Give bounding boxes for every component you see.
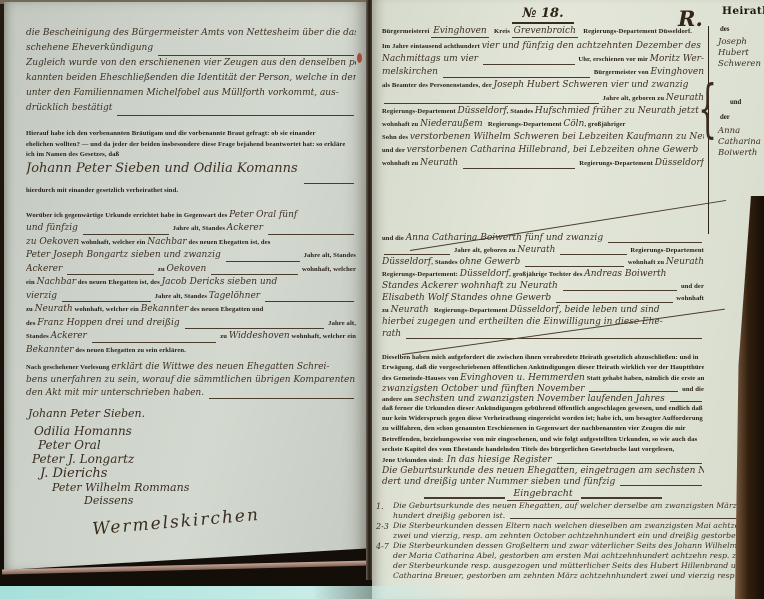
text-line: zu Neurath wohnhaft, welcher ein Bekannt… — [26, 304, 356, 318]
text-line: Bürgermeisterei Evinghoven Kreis Grevenb… — [382, 26, 704, 41]
handwritten-text: Bekannter — [26, 345, 74, 356]
handwritten-text: Neurath — [420, 158, 461, 169]
printed-text: zu — [382, 306, 391, 316]
printed-text: und die — [680, 385, 704, 394]
handwritten-text: Neurath — [666, 257, 704, 268]
eingebracht-label: Eingebracht — [507, 488, 578, 501]
printed-text: Regierungs-Departement — [429, 306, 510, 316]
printed-text: des Gemeinde-Hauses von — [382, 374, 460, 383]
printed-text: andere am — [382, 395, 415, 404]
handwritten-text: Evinghoven — [431, 26, 489, 38]
printed-text: , großjähriger — [584, 120, 625, 130]
margin-und-label: und — [730, 100, 762, 107]
printed-text: Jahre alt, Standes — [302, 251, 356, 261]
registrar-mark: R. — [678, 8, 703, 29]
text-line: Catharina Breuer, gestorben am zehnten M… — [393, 571, 764, 581]
blank-rule — [158, 55, 354, 56]
left-signatures: Johann Peter Sieben.Odilia HomannsPeter … — [26, 408, 356, 527]
printed-text: Nach geschehener Vorlesung — [26, 363, 111, 373]
blank-rule — [67, 274, 154, 275]
printed-text: Betreffenden, beziehungsweise von mir ei… — [382, 435, 697, 445]
blank-rule — [117, 115, 354, 116]
left-couple-names-line: Johann Peter Sieben und Odilia Komanns — [26, 161, 356, 186]
printed-text: zu — [156, 265, 166, 275]
handwritten-text: verstorbenen Catharina Hillebrand, bei L… — [407, 145, 699, 156]
printed-text: Regierungs-Departement — [483, 120, 564, 130]
handwritten-text: Widdeshoven — [229, 331, 290, 342]
blank-rule — [384, 254, 450, 255]
blank-rule — [211, 274, 298, 275]
blank-rule — [265, 301, 354, 302]
text-line: ein Nachbar des neuen Ehegatten ist, des… — [26, 277, 356, 291]
blank-rule — [209, 398, 354, 399]
text-line: andere am sechsten und zwanzigsten Novem… — [382, 394, 704, 404]
spacer — [26, 198, 356, 210]
groom-paragraph: Im Jahre eintausend achthundert vier und… — [382, 41, 704, 171]
handwritten-text: Peter Oral fünf — [229, 210, 297, 221]
note-body: Die Sterbeurkunden dessen Eltern nach we… — [393, 521, 764, 541]
text-line: Die Sterbeurkunden dessen Großeltern und… — [393, 541, 764, 551]
handwritten-text: Düsseldorf — [655, 158, 704, 169]
left-closing-paragraph: Nach geschehener Vorlesung erklärt die W… — [26, 362, 356, 401]
record-number: № 18. — [512, 7, 573, 24]
ink-blot — [357, 53, 362, 63]
text-line: Jahre alt, geboren zu Neurath — [382, 93, 704, 106]
handwritten-text: bens unerfahren zu sein, worauf die sämm… — [26, 375, 355, 386]
blank-rule — [608, 242, 702, 243]
note-number: 4-7 — [376, 541, 393, 581]
printed-text: Regierungs-Departement: — [382, 270, 460, 280]
handwritten-text: die Bescheinigung des Bürgermeister Amts… — [26, 28, 356, 39]
handwritten-text: zwanzigsten October und fünften November — [382, 384, 587, 394]
blank-rule — [406, 338, 702, 339]
printed-text: ein — [26, 278, 37, 288]
margin-der-label: der — [720, 115, 762, 122]
printed-text: und die — [382, 234, 406, 244]
district-header-line: Bürgermeisterei Evinghoven Kreis Grevenb… — [382, 26, 704, 41]
text-line: daß ferner die Urkunden dieser Ankündigu… — [382, 404, 704, 414]
text-line: des Franz Hoppen drei und dreißig Jahre … — [26, 318, 356, 332]
text-line: und die Anna Catharina Boiwerth fünf und… — [382, 233, 704, 245]
handwritten-text: Tagelöhner — [209, 291, 263, 302]
handwritten-text: Standes Ackerer wohnhaft zu Neurath — [382, 281, 561, 292]
handwritten-text: den Akt mit mir unterschrieben haben. — [26, 388, 207, 399]
text-line: sechste Kapitel des vom Ehestande handel… — [382, 445, 704, 455]
printed-text: Regierungs-Departement — [382, 107, 457, 117]
text-line: des Gemeinde-Hauses von Evinghoven u. He… — [382, 373, 704, 383]
handwritten-text: Moritz Wer- — [650, 54, 704, 65]
text-line: Jene Urkunden sind: In das hiesige Regis… — [382, 455, 704, 466]
document-note: 4-7Die Sterbeurkunden dessen Großeltern … — [376, 541, 704, 581]
handwritten-text: Ackerer — [51, 331, 90, 342]
handwritten-text: Peter Joseph Bongartz sieben und zwanzig — [26, 250, 224, 261]
text-line: wohnhaft zu Niederaußem Regierungs-Depar… — [382, 119, 704, 132]
left-witness-paragraph: Worüber ich gegenwärtige Urkunde erricht… — [26, 210, 356, 359]
text-line: der Sterbeurkunde resp. ausgezogen und m… — [393, 561, 764, 571]
printed-text: Jahre alt, Standes — [171, 224, 227, 234]
text-line: Die Sterbeurkunden dessen Eltern nach we… — [393, 521, 764, 531]
handwritten-text: Neurath — [35, 304, 73, 315]
text-line: Hierauf habe ich den vorbenannten Bräuti… — [26, 129, 356, 140]
printed-text: wohnhaft, welcher ein — [79, 238, 147, 248]
handwritten-text: Oekoven — [167, 264, 210, 275]
handwritten-text: Catharina Breuer, gestorben am zehnten M… — [393, 571, 764, 581]
text-line: und der verstorbenen Catharina Hillebran… — [382, 145, 704, 158]
signature: Johann Peter Sieben. — [28, 408, 356, 419]
text-line: Elisabeth Wolf Standes ohne Gewerb wohnh… — [382, 293, 704, 305]
register-book-photo: die Bescheinigung des Bürgermeister Amts… — [0, 0, 764, 599]
text-line: Die Geburtsurkunde des neuen Ehegatten, … — [393, 501, 764, 511]
left-question-paragraph: Hierauf habe ich den vorbenannten Bräuti… — [26, 129, 356, 161]
handwritten-text: dert und dreißig unter Nummer sieben und… — [382, 477, 618, 488]
printed-text: , Standes — [507, 107, 535, 117]
printed-text: Im Jahre eintausend achthundert — [382, 42, 482, 52]
right-main-column: № 18. R. Bürgermeisterei Evinghoven Krei… — [382, 4, 704, 581]
margin-title: Heirath — [722, 6, 762, 17]
blank-rule — [483, 64, 575, 65]
text-line: zwanzigsten October und fünften November… — [382, 384, 704, 394]
handwritten-text: unter den Familiennamen Michelfobel aus … — [26, 88, 339, 99]
blank-rule — [557, 463, 702, 464]
text-line: vierzig Jahre alt, Standes Tagelöhner — [26, 291, 356, 305]
signature: Peter J. Longartz — [32, 453, 356, 465]
handwritten-text: sechsten und zwanzigsten November laufen… — [415, 394, 668, 404]
printed-text: Bürgermeister von — [592, 68, 650, 78]
handwritten-text: vierzig — [26, 291, 60, 302]
text-line: Im Jahre eintausend achthundert vier und… — [382, 41, 704, 54]
printed-text: zu — [218, 332, 228, 342]
blank-rule — [83, 234, 169, 235]
printed-text: und der — [679, 282, 704, 292]
printed-text: des neuen Ehegatten ist, des — [76, 278, 161, 288]
signature: Odilia Homanns — [34, 425, 356, 437]
text-line: Betreffenden, beziehungsweise von mir ei… — [382, 435, 704, 445]
text-line: und fünfzig Jahre alt, Standes Ackerer — [26, 223, 356, 237]
handwritten-text: Die Sterbeurkunden dessen Eltern nach we… — [393, 521, 764, 531]
handwritten-text: Düsseldorf — [457, 106, 506, 117]
handwritten-text: Düsseldorf — [509, 305, 558, 316]
handwritten-text: , beide leben und sind — [559, 305, 660, 316]
handwritten-text: Grevenbroich — [512, 26, 578, 38]
text-line: Nachmittags um vier Uhr, erschienen vor … — [382, 54, 704, 67]
text-line: Peter Joseph Bongartz sieben und zwanzig… — [26, 250, 356, 264]
printed-text: wohnhaft — [675, 294, 704, 304]
bride-paragraph: und die Anna Catharina Boiwerth fünf und… — [382, 233, 704, 341]
printed-text: Jahre alt, Standes — [153, 292, 209, 302]
handwritten-text: Nachbar — [37, 277, 77, 288]
handwritten-text: Andreas Boiwerth — [584, 269, 666, 280]
text-line: hundert dreißig geboren ist. — [393, 511, 764, 521]
printed-text: ich im Namen des Gesetzes, daß — [26, 150, 119, 160]
signature: J. Dierichs — [40, 467, 356, 480]
printed-text: Regierungs-Departement — [577, 159, 654, 169]
handwritten-text: rath — [382, 329, 404, 340]
document-note: 2-3Die Sterbeurkunden dessen Eltern nach… — [376, 521, 704, 541]
eingebracht-line: Eingebracht — [382, 488, 704, 501]
handwritten-text: erklärt die Wittwe des neuen Ehegatten S… — [111, 362, 329, 373]
printed-text: wohnhaft zu — [382, 120, 420, 130]
text-line: als Beamter des Personenstandes, der Jos… — [382, 80, 704, 93]
spacer — [382, 171, 704, 233]
blank-rule — [510, 518, 764, 519]
text-line: dert und dreißig unter Nummer sieben und… — [382, 477, 704, 488]
note-body: Die Sterbeurkunden dessen Großeltern und… — [393, 541, 764, 581]
handwritten-text: Neurath — [391, 305, 429, 316]
handwritten-text: Die Geburtsurkunde des neuen Ehegatten, … — [382, 466, 704, 477]
text-line: die Bescheinigung des Bürgermeister Amts… — [26, 28, 356, 43]
blank-rule — [185, 328, 325, 329]
documents-paragraph: Jene Urkunden sind: In das hiesige Regis… — [382, 455, 704, 488]
printed-text: wohnhaft, welcher — [300, 265, 356, 275]
printed-text: des neuen Ehegatten — [74, 346, 138, 356]
handwritten-text: ohne Gewerb — [459, 257, 523, 268]
printed-text: ehelichen wollten? — und da jeder der be… — [26, 140, 345, 150]
document-notes-list: 1.Die Geburtsurkunde des neuen Ehegatten… — [376, 501, 704, 581]
text-line: Nach geschehener Vorlesung erklärt die W… — [26, 362, 356, 375]
printed-text: Worüber ich gegenwärtige Urkunde erricht… — [26, 211, 229, 221]
handwritten-text: Hufschmied früher zu Neurath jetzt — [535, 106, 699, 117]
text-line: Düsseldorf, Standes ohne Gewerb wohnhaft… — [382, 257, 704, 269]
handwritten-text: Evinghoven u. Hemmerden — [460, 373, 585, 383]
left-married-line: hierdurch mit einander gesetzlich verhei… — [26, 186, 356, 198]
printed-text: des neuen Ehegatten ist, des — [187, 238, 271, 248]
text-line: ich im Namen des Gesetzes, daß — [26, 150, 356, 161]
handwritten-text: der Maria Catharina Abel, gestorben am e… — [393, 551, 764, 561]
text-line: Standes Ackerer wohnhaft zu Neurath und … — [382, 281, 704, 293]
printed-text: Regierungs-Departement Düsseldorf. — [578, 27, 692, 37]
text-line: unter den Familiennamen Michelfobel aus … — [26, 88, 356, 103]
handwritten-text: Bekannter — [141, 304, 189, 315]
handwritten-text: Elisabeth Wolf Standes ohne Gewerb — [382, 293, 554, 304]
margin-des-label: des — [720, 27, 762, 34]
handwritten-text: hundert dreißig geboren ist. — [393, 511, 508, 521]
printed-text: , Standes — [431, 258, 459, 268]
text-line: Bekannter des neuen Ehegatten zu sein er… — [26, 345, 356, 359]
printed-text: hierdurch mit einander gesetzlich verhei… — [26, 186, 178, 196]
text-line: zu Oekoven wohnhaft, welcher ein Nachbar… — [26, 237, 356, 251]
text-line: bens unerfahren zu sein, worauf die sämm… — [26, 375, 356, 388]
printed-text: Regierungs-Departement — [629, 246, 704, 256]
text-line: Zugleich wurde von den erschienenen vier… — [26, 58, 356, 73]
handwritten-text: der Sterbeurkunde resp. ausgezogen und m… — [393, 561, 764, 571]
text-line: ehelichen wollten? — und da jeder der be… — [26, 140, 356, 151]
text-line: zu Neurath Regierungs-Departement Düssel… — [382, 305, 704, 317]
printed-text: zu — [26, 305, 35, 315]
blank-rule — [670, 401, 702, 402]
text-line: den Akt mit mir unterschrieben haben. — [26, 388, 356, 401]
printed-text: Standes — [26, 332, 51, 342]
printed-text: , großjährige Tochter des — [509, 270, 584, 280]
printed-text: zu willfahren, den schon genannten Ersch… — [382, 424, 686, 434]
spacer — [382, 341, 704, 353]
text-line: Die Geburtsurkunde des neuen Ehegatten, … — [382, 466, 704, 477]
handwritten-text: Die Geburtsurkunde des neuen Ehegatten, … — [393, 501, 764, 511]
handwritten-text: vier und fünfzig den achtzehnten Dezembe… — [482, 41, 701, 52]
text-line: Regierungs-Departement Düsseldorf, Stand… — [382, 106, 704, 119]
handwritten-text: melskirchen — [382, 67, 441, 78]
handwritten-text: drücklich bestätigt — [26, 103, 115, 114]
printed-text: Jene Urkunden sind: — [382, 456, 447, 466]
handwritten-text: Die Sterbeurkunden dessen Großeltern und… — [393, 541, 764, 551]
blank-rule — [268, 234, 354, 235]
printed-text: Sohn des — [382, 133, 410, 143]
document-note: 1.Die Geburtsurkunde des neuen Ehegatten… — [376, 501, 704, 521]
handwritten-text: Ackerer — [26, 264, 65, 275]
margin-groom-name: Joseph Hubert Schweren — [718, 37, 762, 70]
printed-text: Jahre alt, — [326, 319, 356, 329]
blank-rule — [563, 290, 678, 291]
text-line: Erwägung, daß die vorgeschriebenen öffen… — [382, 363, 704, 373]
margin-annotation-column: Heirath des Joseph Hubert Schweren und d… — [716, 0, 762, 159]
margin-bride-name: Anna Catharina Boiwerth — [718, 126, 762, 159]
printed-text: wohnhaft zu — [382, 159, 420, 169]
blank-rule — [581, 497, 662, 499]
printed-text: Hierauf habe ich den vorbenannten Bräuti… — [26, 129, 316, 139]
announcement-paragraph: Dieselben haben mich aufgefordert die zw… — [382, 353, 704, 455]
signature: Peter Oral — [38, 439, 356, 451]
handwritten-text: Cöln — [563, 119, 584, 130]
handwritten-text: verstorbenen Wilhelm Schweren bei Lebzei… — [410, 132, 704, 143]
handwritten-text: Düsseldorf — [382, 257, 431, 268]
text-line: Ackerer zu Oekoven wohnhaft, welcher — [26, 264, 356, 278]
note-number: 2-3 — [376, 521, 393, 541]
blank-rule — [443, 77, 590, 78]
printed-text: als Beamter des Personenstandes, der — [382, 81, 494, 91]
handwritten-text: Düsseldorf — [460, 269, 509, 280]
text-line: nur kein Widerspruch gegen diese Verheir… — [382, 414, 704, 424]
text-line: zwei und vierzig, resp. am zehnten Octob… — [393, 531, 764, 541]
printed-text: wohnhaft, welcher ein — [290, 332, 356, 342]
printed-text: des — [26, 319, 37, 329]
handwritten-text: Evinghoven — [650, 67, 704, 78]
printed-text: und der — [382, 146, 407, 156]
printed-text: Jahre alt, geboren zu — [452, 246, 517, 256]
text-line: Standes Ackerer zu Widdeshoven wohnhaft,… — [26, 331, 356, 345]
printed-text: sechste Kapitel des vom Ehestande handel… — [382, 445, 674, 455]
note-body: Die Geburtsurkunde des neuen Ehegatten, … — [393, 501, 764, 521]
printed-text: Uhr, erschienen vor mir — [577, 55, 650, 65]
text-line: Dieselben haben mich aufgefordert die zw… — [382, 353, 704, 363]
blank-rule — [424, 497, 505, 499]
handwritten-text: In das hiesige Register — [447, 455, 555, 466]
handwritten-text: schehene Eheverkündigung — [26, 43, 156, 54]
signature: Peter Wilhelm Rommans — [52, 482, 356, 493]
text-line: zu willfahren, den schon genannten Ersch… — [382, 424, 704, 434]
handwritten-text: Joseph Hubert Schweren vier und zwanzig — [494, 80, 689, 91]
text-line: Sohn des verstorbenen Wilhelm Schweren b… — [382, 132, 704, 145]
blank-rule — [560, 254, 626, 255]
spacer — [26, 118, 356, 129]
handwritten-text: Jacob Dericks sieben und — [162, 277, 278, 288]
blank-rule — [463, 168, 575, 169]
blank-rule — [92, 342, 217, 343]
printed-text: des neuen Ehegatten und — [188, 305, 263, 315]
right-page: № 18. R. Bürgermeisterei Evinghoven Krei… — [372, 0, 764, 599]
handwritten-text: zu Oekoven — [26, 237, 79, 248]
text-line: Worüber ich gegenwärtige Urkunde erricht… — [26, 210, 356, 224]
blank-rule — [556, 302, 673, 303]
handwritten-text: und fünfzig — [26, 223, 81, 234]
handwritten-text: kannten beiden Eheschließenden die Ident… — [26, 73, 356, 84]
handwritten-text: Neurath — [517, 245, 558, 256]
text-line: Regierungs-Departement: Düsseldorf, groß… — [382, 269, 704, 281]
handwritten-text: Ackerer — [227, 223, 266, 234]
printed-text: daß ferner die Urkunden dieser Ankündigu… — [382, 404, 703, 414]
table-surface — [0, 586, 480, 599]
left-handwritten-intro: die Bescheinigung des Bürgermeister Amts… — [26, 28, 356, 118]
handwritten-text: zwei und vierzig, resp. am zehnten Octob… — [393, 531, 760, 541]
blank-rule — [304, 183, 354, 184]
text-line: drücklich bestätigt — [26, 103, 356, 118]
blank-rule — [620, 485, 702, 486]
blank-rule — [525, 266, 624, 267]
record-number-line: № 18. — [382, 4, 704, 26]
note-number: 1. — [376, 501, 393, 521]
handwritten-text: Nachmittags um vier — [382, 54, 481, 65]
blank-rule — [384, 103, 599, 104]
blank-rule — [226, 261, 300, 262]
printed-text: Kreis — [489, 27, 512, 37]
text-line: schehene Eheverkündigung — [26, 43, 356, 58]
printed-text: Jahre alt, geboren zu — [601, 94, 666, 104]
left-page: die Bescheinigung des Bürgermeister Amts… — [4, 2, 368, 570]
printed-text: Bürgermeisterei — [382, 27, 431, 37]
handwritten-text: Niederaußem — [420, 119, 483, 130]
text-line: melskirchen Bürgermeister von Evinghoven — [382, 67, 704, 80]
text-line: kannten beiden Eheschließenden die Ident… — [26, 73, 356, 88]
printed-text: Dieselben haben mich aufgefordert die zw… — [382, 353, 699, 363]
blank-rule — [589, 391, 678, 392]
handwritten-text: Zugleich wurde von den erschienenen vier… — [26, 58, 356, 69]
handwritten-text: Franz Hoppen drei und dreißig — [37, 318, 182, 329]
printed-text: Statt gehabt haben, nämlich die erste am — [585, 374, 704, 383]
printed-text: nur kein Widerspruch gegen diese Verheir… — [382, 414, 703, 424]
printed-text: wohnhaft, welcher ein — [73, 305, 141, 315]
printed-text: Erwägung, daß die vorgeschriebenen öffen… — [382, 363, 704, 373]
text-line: Johann Peter Sieben und Odilia Komanns — [26, 161, 356, 186]
handwritten-text: Nachbar — [147, 237, 187, 248]
blank-rule — [62, 301, 151, 302]
text-line: wohnhaft zu Neurath Regierungs-Departeme… — [382, 158, 704, 171]
margin-brace: { — [698, 80, 717, 143]
printed-text: wohnhaft zu — [626, 258, 666, 268]
printed-text: zu sein erklären. — [137, 346, 186, 356]
text-line: der Maria Catharina Abel, gestorben am e… — [393, 551, 764, 561]
handwritten-text: Johann Peter Sieben und Odilia Komanns — [26, 161, 302, 177]
